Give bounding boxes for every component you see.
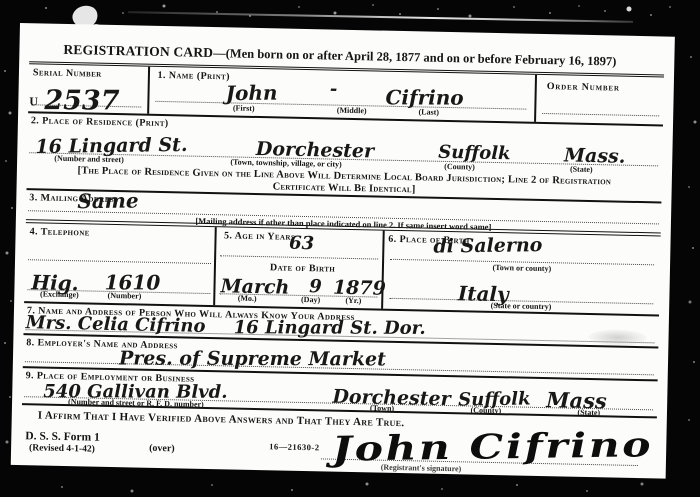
first-name-value: John (226, 83, 278, 104)
birth-town-value: di Salerno (434, 236, 543, 257)
scan-speckles (0, 0, 2, 2)
serial-number-value: 2537 (44, 87, 119, 114)
middle-name-value: - (330, 81, 338, 99)
exchange-caption: (Exchange) (40, 290, 79, 299)
residence-county-caption: (County) (444, 163, 475, 172)
contact-name-value: Mrs. Celia Cifrino (26, 314, 206, 336)
residence-town-caption: (Town, township, village, or city) (230, 158, 341, 168)
over-note: (over) (149, 443, 175, 455)
birth-day-value: 9 (309, 278, 322, 296)
affirmation-text: I Affirm That I Have Verified Above Answ… (38, 409, 405, 429)
footer-row: D. S. S. Form 1 (Revised 4-1-42) (over) … (21, 427, 657, 478)
residence-state-caption: (State) (570, 166, 593, 174)
form-revision: (Revised 4-1-42) (29, 443, 95, 454)
telephone-number-value: 1610 (104, 272, 160, 292)
scanned-registration-card-image: REGISTRATION CARD—(Men born on or after … (0, 0, 700, 497)
serial-number-cell: Serial Number U 2537 (28, 64, 150, 114)
contact-address-value: 16 Lingard St. Dor. (233, 319, 425, 338)
print-code: 16—21630-2 (269, 441, 320, 452)
month-caption: (Mo.) (238, 295, 257, 303)
day-caption: (Day) (301, 296, 320, 304)
order-number-write-line (542, 113, 659, 116)
registrant-signature: John Cifrino (331, 425, 653, 469)
signature-caption: (Registrant's signature) (381, 463, 462, 474)
telephone-cell: 4. Telephone Hig. 1610 (Exchange) (Numbe… (24, 223, 216, 305)
last-name-value: Cifrino (385, 87, 463, 107)
last-caption: (Last) (418, 108, 439, 116)
telephone-label: 4. Telephone (26, 223, 215, 241)
name-cell: 1. Name (Print) John - Cifrino (First) (… (149, 67, 537, 122)
employer-value: Pres. of Supreme Market (119, 349, 386, 369)
residence-street-caption: (Number and street) (54, 155, 124, 164)
place-of-birth-cell: 6. Place of Birth di Salerno (Town or co… (383, 231, 661, 315)
card-title-main: REGISTRATION CARD (63, 42, 213, 60)
order-number-label: Order Number (537, 75, 664, 95)
date-of-birth-captions: (Mo.) (Day) (Yr.) (219, 294, 377, 306)
residence-county-value: Suffolk (438, 144, 511, 164)
first-caption: (First) (233, 104, 255, 112)
telephone-empty-line (28, 259, 210, 264)
number-caption: (Number) (108, 292, 142, 301)
form-number: D. S. S. Form 1 (25, 430, 100, 444)
telephone-age-birth-row: 4. Telephone Hig. 1610 (Exchange) (Numbe… (24, 223, 660, 314)
serial-prefix: U (29, 94, 38, 109)
card-title-suffix: —(Men born on or after April 28, 1877 an… (213, 46, 616, 68)
year-caption: (Yr.) (345, 297, 361, 305)
middle-caption: (Middle) (337, 107, 367, 116)
scan-smudge (588, 329, 646, 346)
age-value: 63 (289, 235, 314, 254)
age-cell: 5. Age in Years 63 Date of Birth March 9… (215, 227, 385, 309)
scan-scratch-line (128, 11, 633, 23)
mailing-address-value: Same (77, 190, 139, 211)
order-number-cell: Order Number (536, 75, 664, 125)
registration-card: REGISTRATION CARD—(Men born on or after … (11, 23, 675, 479)
